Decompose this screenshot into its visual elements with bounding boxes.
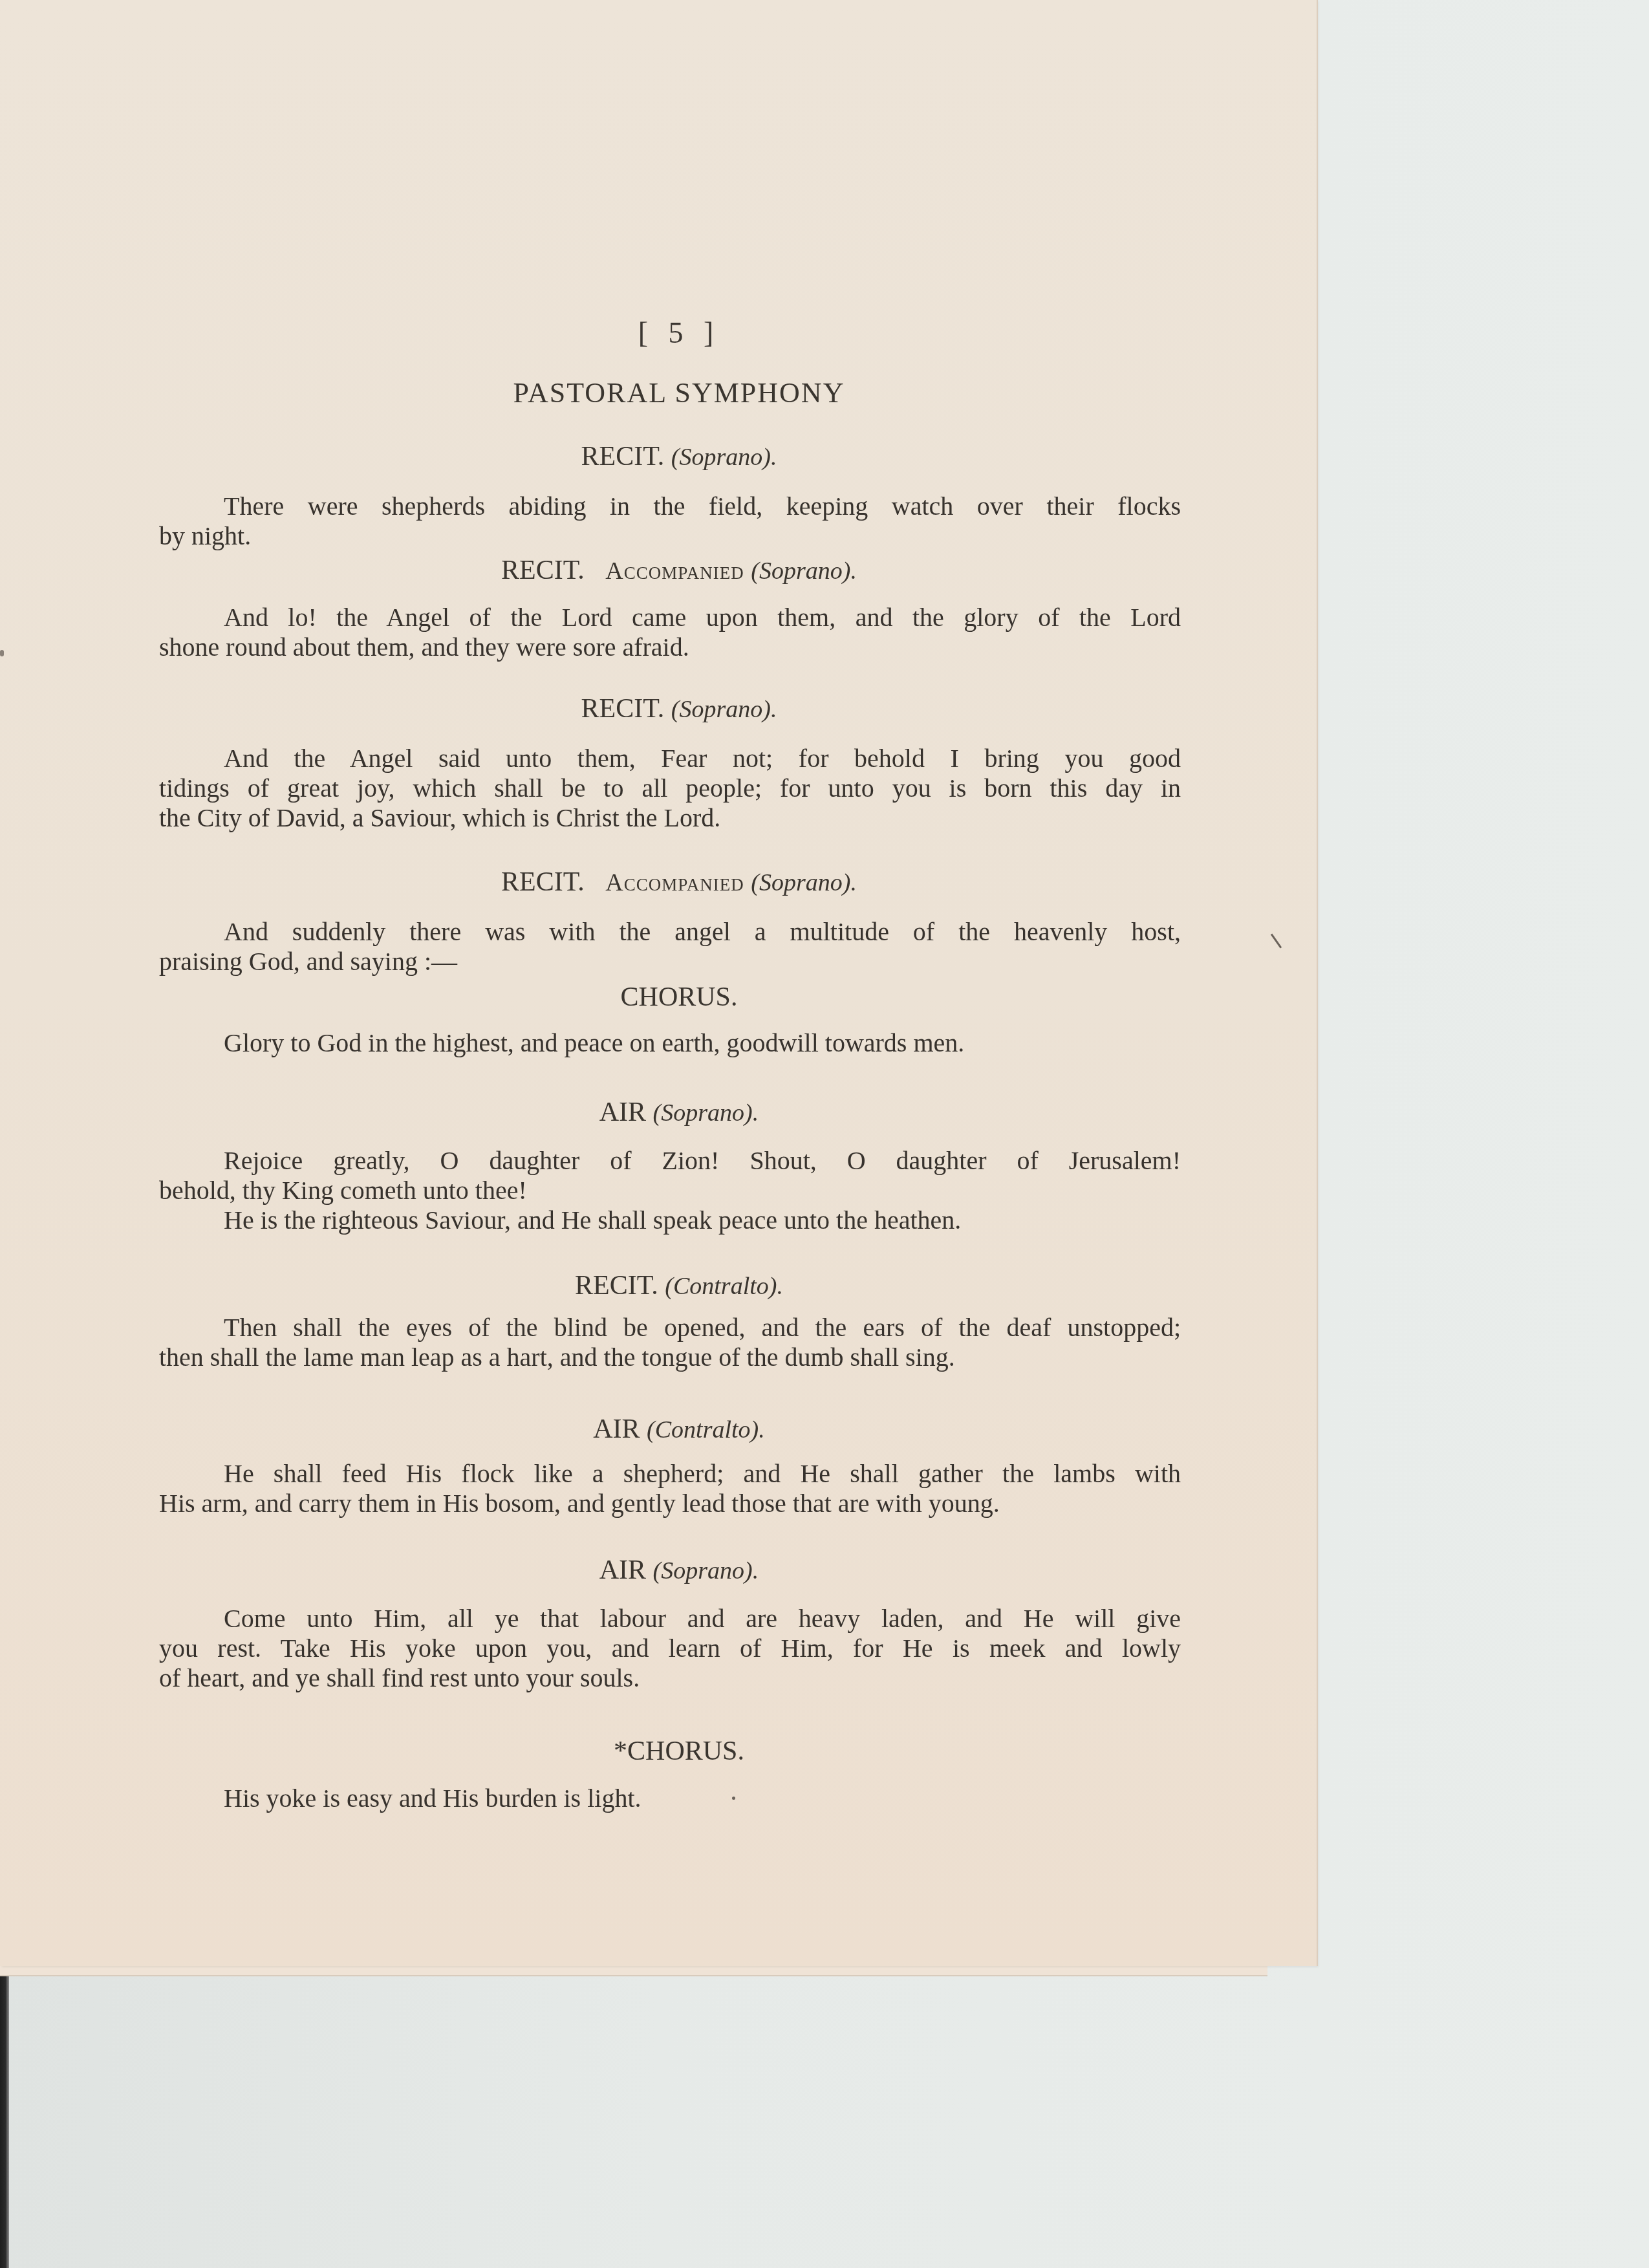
section-text-air-soprano-2: Come unto Him, all ye that labour and ar… xyxy=(159,1604,1181,1693)
text-line: of heart, and ye shall find rest unto yo… xyxy=(159,1663,1181,1693)
section-heading-recit-soprano-1: RECIT. (Soprano). xyxy=(0,441,1358,472)
heading-voice: (Soprano). xyxy=(751,869,857,896)
stray-ink-dot xyxy=(732,1797,735,1800)
text-line: His yoke is easy and His burden is light… xyxy=(159,1784,1181,1813)
text-line: And suddenly there was with the angel a … xyxy=(159,917,1181,947)
margin-blemish xyxy=(0,650,4,656)
text-line: shone round about them, and they were so… xyxy=(159,632,1181,662)
text-line: And the Angel said unto them, Fear not; … xyxy=(159,744,1181,773)
text-line: praising God, and saying :— xyxy=(159,947,1181,977)
heading-label: RECIT. xyxy=(581,694,665,724)
heading-subheading: Accompanied xyxy=(605,557,744,585)
page-number: [ 5 ] xyxy=(0,316,1358,350)
section-text-recit-accompanied-2: And suddenly there was with the angel a … xyxy=(159,917,1181,977)
text-line: then shall the lame man leap as a hart, … xyxy=(159,1343,1181,1372)
text-line: tidings of great joy, which shall be to … xyxy=(159,773,1181,803)
heading-label: AIR xyxy=(599,1097,646,1127)
scanner-edge-shadow xyxy=(0,1972,9,2268)
heading-label: AIR xyxy=(599,1555,646,1585)
text-line: There were shepherds abiding in the fiel… xyxy=(159,491,1181,521)
text-line: Then shall the eyes of the blind be open… xyxy=(159,1313,1181,1343)
section-heading-recit-soprano-2: RECIT. (Soprano). xyxy=(0,693,1358,724)
heading-subheading: Accompanied xyxy=(605,869,744,896)
section-text-air-soprano-1: Rejoice greatly, O daughter of Zion! Sho… xyxy=(159,1146,1181,1235)
page-title: PASTORAL SYMPHONY xyxy=(0,376,1358,409)
section-heading-recit-accompanied-1: RECIT. Accompanied (Soprano). xyxy=(0,555,1358,586)
section-heading-chorus-1: CHORUS. xyxy=(0,982,1358,1013)
section-text-recit-soprano-2: And the Angel said unto them, Fear not; … xyxy=(159,744,1181,833)
heading-voice: (Soprano). xyxy=(653,1099,759,1127)
heading-label: RECIT. xyxy=(575,1271,658,1301)
section-heading-recit-contralto: RECIT. (Contralto). xyxy=(0,1270,1358,1301)
section-text-recit-contralto: Then shall the eyes of the blind be open… xyxy=(159,1313,1181,1372)
heading-voice: (Soprano). xyxy=(653,1557,759,1584)
text-line: He shall feed His flock like a shepherd;… xyxy=(159,1459,1181,1489)
section-heading-chorus-2: *CHORUS. xyxy=(0,1736,1358,1767)
text-line: behold, thy King cometh unto thee! xyxy=(159,1176,1181,1205)
heading-label: RECIT. xyxy=(501,867,585,897)
heading-label: *CHORUS. xyxy=(614,1736,744,1766)
heading-voice: (Contralto). xyxy=(647,1416,765,1443)
text-line: Come unto Him, all ye that labour and ar… xyxy=(159,1604,1181,1634)
section-text-chorus-1: Glory to God in the highest, and peace o… xyxy=(159,1028,1181,1058)
section-text-recit-accompanied-1: And lo! the Angel of the Lord came upon … xyxy=(159,603,1181,662)
section-heading-air-contralto: AIR (Contralto). xyxy=(0,1414,1358,1445)
heading-label: CHORUS. xyxy=(621,982,738,1012)
heading-label: RECIT. xyxy=(581,442,665,471)
section-text-recit-soprano-1: There were shepherds abiding in the fiel… xyxy=(159,491,1181,551)
text-line: And lo! the Angel of the Lord came upon … xyxy=(159,603,1181,632)
section-heading-air-soprano-1: AIR (Soprano). xyxy=(0,1097,1358,1128)
text-line: Rejoice greatly, O daughter of Zion! Sho… xyxy=(159,1146,1181,1176)
heading-label: RECIT. xyxy=(501,556,585,585)
section-text-chorus-2: His yoke is easy and His burden is light… xyxy=(159,1784,1181,1813)
text-line: Glory to God in the highest, and peace o… xyxy=(159,1028,1181,1058)
section-text-air-contralto: He shall feed His flock like a shepherd;… xyxy=(159,1459,1181,1518)
heading-voice: (Soprano). xyxy=(671,696,777,723)
document-page: [ 5 ] PASTORAL SYMPHONY RECIT. (Soprano)… xyxy=(0,0,1317,1966)
text-line: by night. xyxy=(159,521,1181,551)
heading-label: AIR xyxy=(593,1414,640,1444)
heading-voice: (Soprano). xyxy=(671,444,777,471)
heading-voice: (Contralto). xyxy=(665,1273,783,1300)
stray-ink-mark xyxy=(1271,933,1282,948)
text-line: His arm, and carry them in His bosom, an… xyxy=(159,1489,1181,1518)
text-line: you rest. Take His yoke upon you, and le… xyxy=(159,1634,1181,1663)
text-line: the City of David, a Saviour, which is C… xyxy=(159,803,1181,833)
section-heading-air-soprano-2: AIR (Soprano). xyxy=(0,1555,1358,1586)
text-line: He is the righteous Saviour, and He shal… xyxy=(159,1205,1181,1235)
section-heading-recit-accompanied-2: RECIT. Accompanied (Soprano). xyxy=(0,867,1358,898)
heading-voice: (Soprano). xyxy=(751,557,857,585)
